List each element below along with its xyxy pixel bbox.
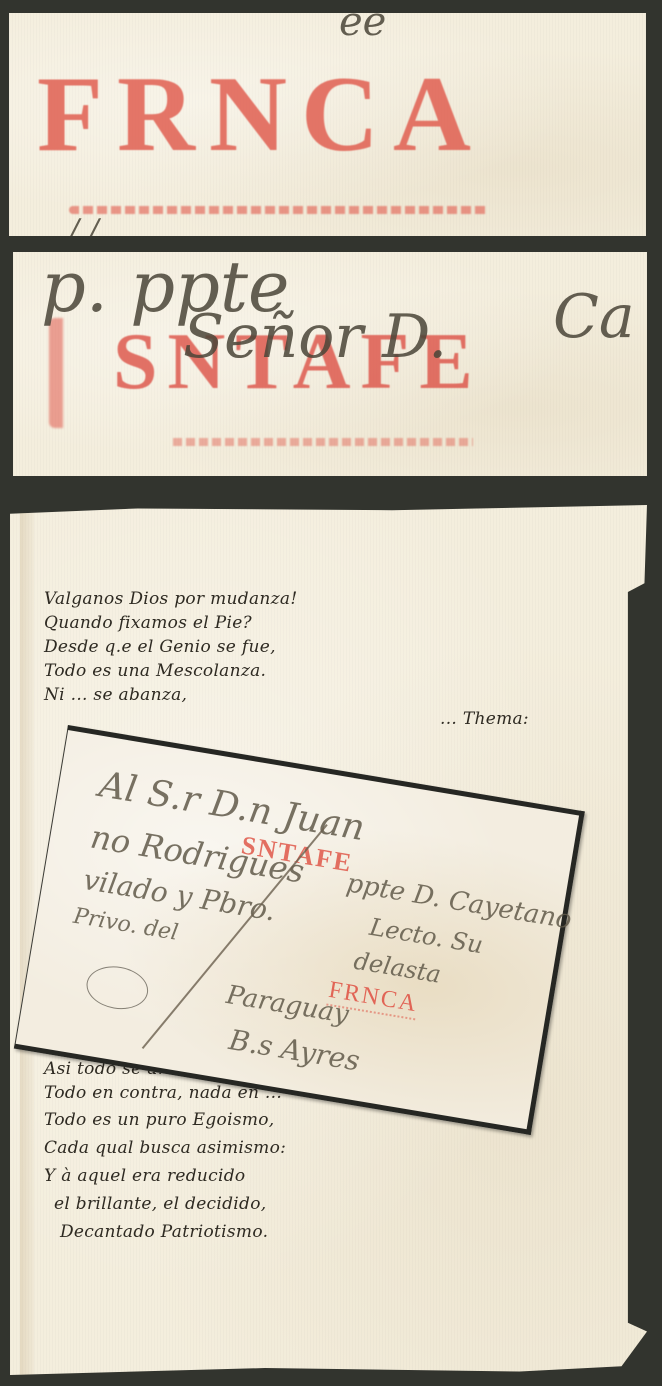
verse-line: Desde q.e el Genio se fue, — [44, 637, 276, 657]
detail-sntafe-postmark: SNTAFE p. ppte Señor D. Ca — [13, 252, 647, 476]
postmark-dotted-line — [173, 438, 473, 446]
verse-line: Todo es una Mescolanza. — [44, 661, 266, 681]
verse-line: Quando fixamos el Pie? — [44, 613, 252, 633]
verse-line: Valganos Dios por mudanza! — [44, 589, 297, 609]
signature-flourish — [83, 962, 151, 1014]
postmark-dotted-line — [69, 206, 489, 214]
postmark-frnca: FRNCA — [37, 61, 485, 169]
verse-line: Cada qual busca asimismo: — [44, 1138, 286, 1158]
handwriting-ca: Ca — [553, 282, 635, 352]
verse-line: Ni ... se abanza, — [44, 685, 187, 705]
verse-line: Y à aquel era reducido — [44, 1166, 245, 1186]
verse-line: Decantado Patriotismo. — [60, 1222, 268, 1242]
handwriting-fragment: ee — [339, 13, 386, 45]
handwriting-fragment: / / — [69, 213, 99, 236]
detail-frnca-postmark: ee FRNCA / / — [9, 13, 646, 236]
postmark-bracket — [49, 318, 85, 428]
verse-line: el brillante, el decidido, — [54, 1194, 266, 1214]
handwriting-senor: Señor D. — [183, 302, 447, 372]
address-line: Privo. del — [71, 904, 179, 946]
address-line: B.s Ayres — [227, 1023, 363, 1077]
verse-line: Todo es un puro Egoismo, — [44, 1110, 275, 1130]
verse-line: ... Thema: — [440, 709, 529, 729]
